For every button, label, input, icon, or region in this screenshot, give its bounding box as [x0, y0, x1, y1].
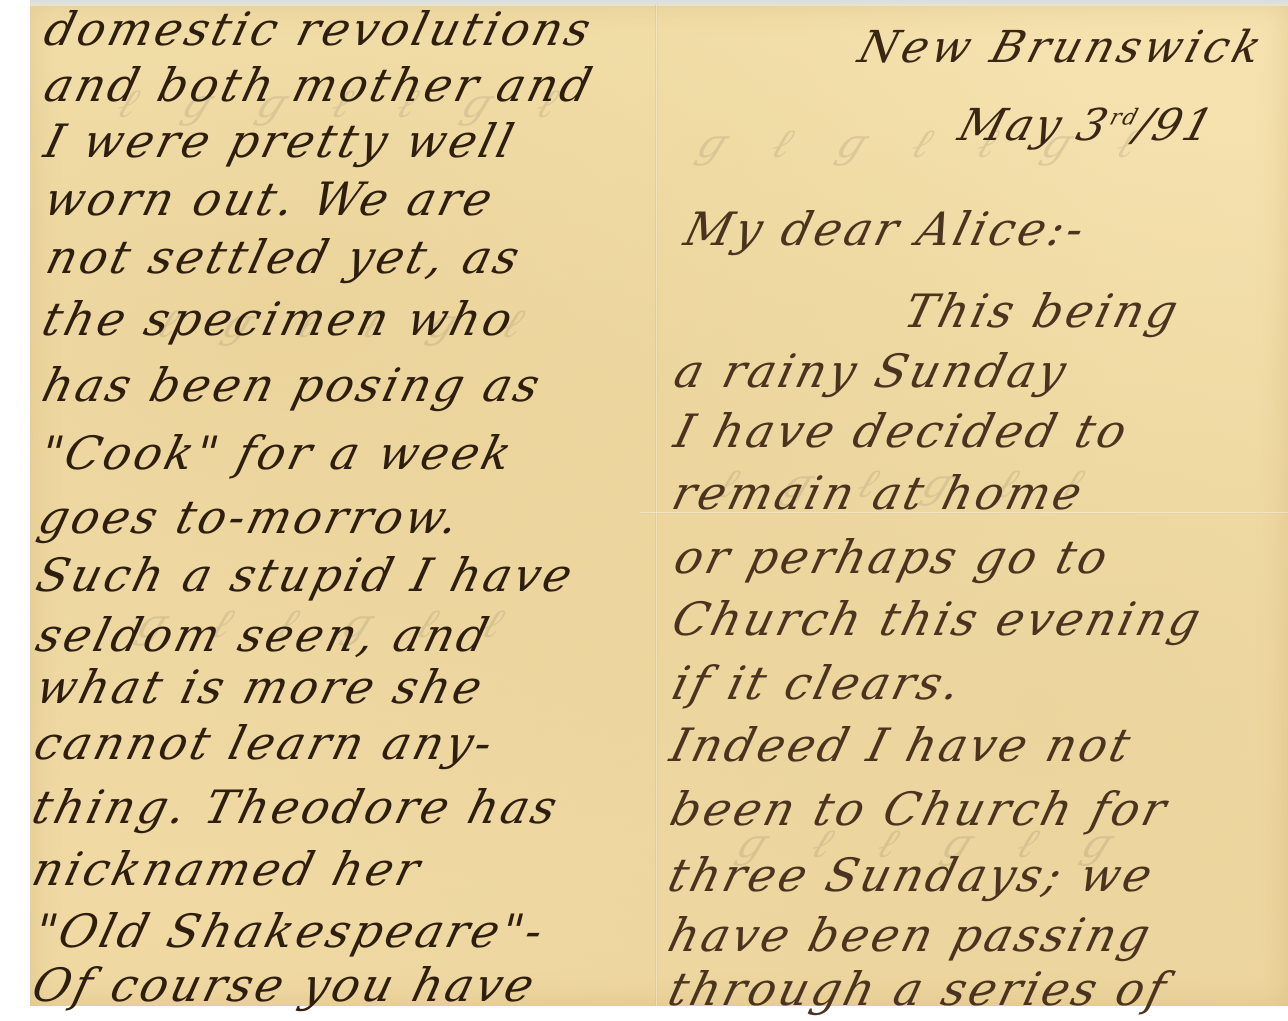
- letter-line: I were pretty well: [40, 118, 521, 164]
- date-month-day: May 3: [953, 100, 1116, 151]
- letter-line: nicknamed her: [28, 846, 427, 892]
- letter-line: This being: [900, 288, 1185, 334]
- salutation: My dear Alice:-: [680, 206, 1092, 252]
- letter-date: May 3rd/91: [953, 100, 1221, 151]
- left-page: domestic revolutions and both mother and…: [60, 0, 660, 1021]
- letter-line: through a series of: [664, 966, 1173, 1012]
- letter-line: and both mother and: [40, 62, 599, 108]
- letter-line: thing. Theodore has: [28, 784, 564, 830]
- place-name: New Brunswick: [853, 22, 1271, 73]
- letter-line: I have decided to: [670, 408, 1134, 454]
- letter-line: domestic revolutions: [40, 6, 598, 52]
- letter-scan: ℓ ɡ ɡ ℓ ℓ ɡ ℓ ℓ ɡ ℓ ℓ ɡ ℓ ɡ ℓ ℓ ɡ ℓ ℓ ɡ …: [0, 0, 1288, 1021]
- letter-line: have been passing: [664, 912, 1157, 958]
- letter-line: not settled yet, as: [42, 234, 527, 280]
- letter-place: New Brunswick: [853, 22, 1271, 73]
- letter-line: or perhaps go to: [670, 534, 1115, 580]
- letter-line: "Old Shakespeare"-: [30, 908, 550, 954]
- letter-line: Church this evening: [668, 596, 1208, 642]
- letter-line: Of course you have: [28, 962, 542, 1008]
- letter-line: the specimen who: [38, 296, 520, 342]
- letter-line: cannot learn any-: [30, 720, 500, 766]
- right-page: New Brunswick May 3rd/91 My dear Alice:-…: [660, 0, 1280, 1021]
- letter-line: worn out. We are: [40, 176, 500, 222]
- letter-line: been to Church for: [666, 786, 1174, 832]
- letter-line: remain at home: [668, 470, 1089, 516]
- letter-line: seldom seen, and: [32, 612, 496, 658]
- letter-line: if it clears.: [668, 660, 968, 706]
- letter-line: Indeed I have not: [666, 722, 1138, 768]
- letter-line: has been posing as: [38, 362, 547, 408]
- letter-line: what is more she: [32, 664, 490, 710]
- letter-line: Such a stupid I have: [32, 552, 580, 598]
- letter-line: three Sundays; we: [664, 852, 1160, 898]
- letter-line: goes to-morrow.: [34, 494, 466, 540]
- date-year: /91: [1129, 100, 1220, 151]
- letter-line: a rainy Sunday: [670, 348, 1074, 394]
- letter-line: "Cook" for a week: [36, 430, 519, 476]
